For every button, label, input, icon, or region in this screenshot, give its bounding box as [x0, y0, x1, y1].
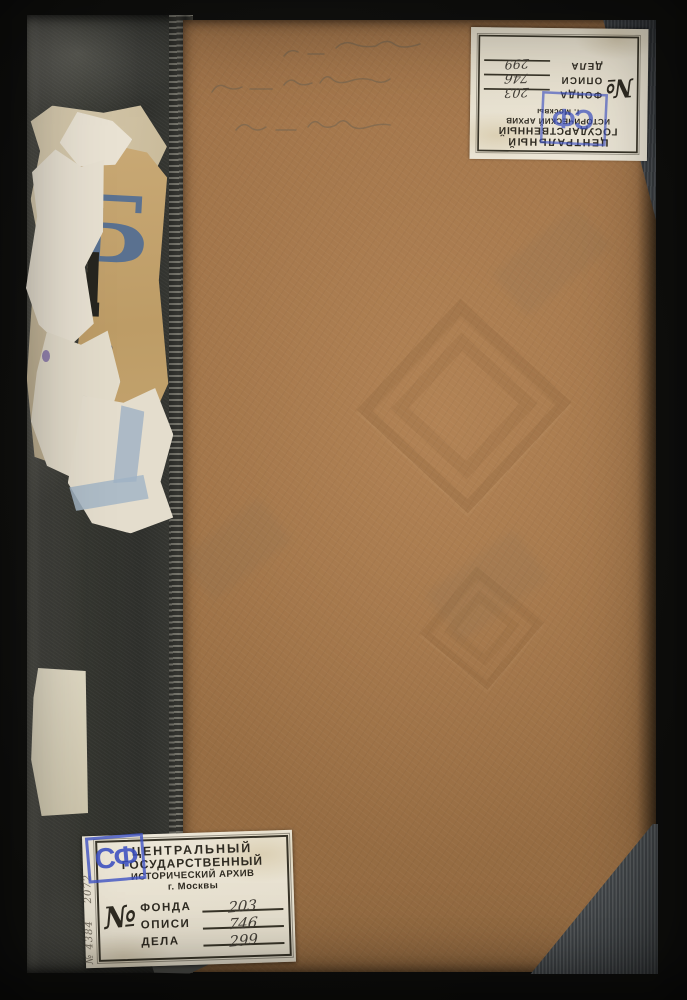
sf-ink-stamp: СФ — [540, 91, 608, 146]
opis-row: ОПИСИ 746 — [484, 74, 602, 90]
ink-spot — [42, 350, 50, 362]
sf-ink-stamp: СФ — [85, 833, 147, 884]
field-label: ДЕЛА — [141, 934, 203, 948]
handwritten-value: 299 — [230, 929, 259, 950]
pencil-handwriting — [196, 30, 446, 152]
handwritten-value: 299 — [505, 56, 530, 73]
archive-label-paper: ЦЕНТРАЛЬНЫЙ ГОСУДАРСТВЕННЫЙ ИСТОРИЧЕСКИЙ… — [469, 27, 648, 161]
field-line: 299 — [484, 60, 550, 75]
book-cover-photo: Б ЦЕНТРАЛЬНЫЙ ГОСУДАРСТВЕННЫЙ ИСТОРИЧЕСК… — [0, 0, 687, 1000]
field-line: 746 — [484, 74, 550, 89]
field-label: ОПИСИ — [550, 75, 603, 86]
delo-row: ДЕЛА 299 — [484, 60, 602, 76]
sf-stamp-text: СФ — [553, 102, 595, 136]
archive-label-bottom: № 4384 2072 ЦЕНТРАЛЬНЫЙ ГОСУДАРСТВЕННЫЙ … — [82, 830, 297, 969]
field-label: ДЕЛА — [550, 60, 603, 71]
field-line: 203 — [484, 88, 550, 103]
field-line: 299 — [203, 927, 284, 947]
number-sign: № — [103, 901, 143, 950]
archive-label-top: ЦЕНТРАЛЬНЫЙ ГОСУДАРСТВЕННЫЙ ИСТОРИЧЕСКИЙ… — [470, 26, 647, 162]
kraft-paper-cover — [183, 20, 656, 972]
delo-row: ДЕЛА 299 — [141, 927, 284, 948]
sf-stamp-text: СФ — [94, 840, 138, 876]
blank-spine-label — [30, 668, 88, 816]
archive-label-paper: № 4384 2072 ЦЕНТРАЛЬНЫЙ ГОСУДАРСТВЕННЫЙ … — [82, 830, 296, 969]
